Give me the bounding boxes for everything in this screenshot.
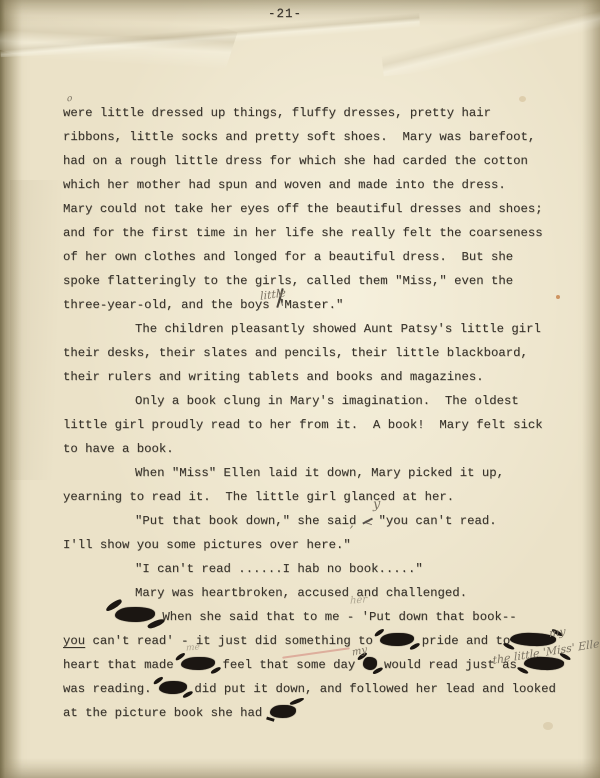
typed-line: The children pleasantly showed Aunt Pats… (63, 317, 583, 341)
typed-line: When she said that to me - 'Put down tha… (63, 605, 583, 629)
typed-text: at the picture book she had (63, 706, 270, 720)
typed-line: ribbons, little socks and pretty soft sh… (63, 125, 583, 149)
typed-line: of her own clothes and longed for a beau… (63, 245, 583, 269)
typed-line: to have a book. (63, 437, 583, 461)
typed-text: Only a book clung in Mary's imagination.… (135, 394, 519, 408)
handwritten-note: me (186, 642, 200, 653)
typed-text: ribbons, little socks and pretty soft sh… (63, 130, 535, 144)
typed-text: pride and to (414, 634, 510, 648)
typed-text: heart that made (63, 658, 181, 672)
ink-blackout (362, 657, 376, 670)
typed-line: little girl proudly read to her from it.… (63, 413, 583, 437)
typed-text: can't read' - it just did something to (85, 634, 380, 648)
typed-text: their rulers and writing tablets and boo… (63, 370, 484, 384)
typed-text: were little dressed up things, fluffy dr… (63, 106, 491, 120)
typed-line: were little dressed up things, fluffy dr… (63, 101, 583, 125)
manuscript-page: -21- were little dressed up things, fluf… (0, 0, 600, 778)
typed-line: three-year-old, and the boys "Master." (63, 293, 583, 317)
handwritten-note: o (67, 94, 73, 105)
ink-blackout (269, 704, 296, 718)
typed-text: "you can't read. (371, 514, 496, 528)
handwritten-note: my (549, 625, 566, 640)
typed-line: Only a book clung in Mary's imagination.… (63, 389, 583, 413)
typed-text: little girl proudly read to her from it.… (63, 418, 543, 432)
typed-line: Mary was heartbroken, accused and challe… (63, 581, 583, 605)
typed-line: which her mother had spun and woven and … (63, 173, 583, 197)
typed-text: did put it down, and followed her lead a… (187, 682, 556, 696)
handwritten-note: y (373, 497, 380, 513)
typed-line: you can't read' - it just did something … (63, 629, 583, 653)
typed-text: "I can't read ......I hab no book....." (135, 562, 423, 576)
typed-line: and for the first time in her life she r… (63, 221, 583, 245)
ink-blackout (380, 632, 414, 646)
typed-line: Mary could not take her eyes off the bea… (63, 197, 583, 221)
typed-line: I'll show you some pictures over here." (63, 533, 583, 557)
typed-line: their desks, their slates and pencils, t… (63, 341, 583, 365)
typed-text: Mary was heartbroken, accused and challe… (135, 586, 467, 600)
typed-text: their desks, their slates and pencils, t… (63, 346, 528, 360)
typed-text: "Put that book down," she said (135, 514, 364, 528)
typed-body: were little dressed up things, fluffy dr… (63, 101, 583, 725)
page-number: -21- (0, 7, 570, 21)
typed-text: had on a rough little dress for which sh… (63, 154, 528, 168)
typed-line: had on a rough little dress for which sh… (63, 149, 583, 173)
ink-blackout (115, 607, 155, 623)
typed-text: feel that some day (215, 658, 363, 672)
handwritten-note: her (350, 594, 367, 607)
typed-text: When she said that to me - 'Put down tha… (155, 610, 517, 624)
typed-text: three-year-old, and the boys (63, 298, 277, 312)
typed-text: was reading. (63, 682, 159, 696)
typed-line: at the picture book she had (63, 701, 583, 725)
typed-text: The children pleasantly showed Aunt Pats… (135, 322, 541, 336)
typed-line: yearning to read it. The little girl gla… (63, 485, 583, 509)
typed-line: their rulers and writing tablets and boo… (63, 365, 583, 389)
typed-text: Master." (284, 298, 343, 312)
typed-line: spoke flatteringly to the girls, called … (63, 269, 583, 293)
typed-line: "I can't read ......I hab no book....." (63, 557, 583, 581)
struck-char: - (364, 509, 371, 533)
typed-text: yearning to read it. The little girl gla… (63, 490, 454, 504)
typed-text: and for the first time in her life she r… (63, 226, 543, 240)
typed-text: I'll show you some pictures over here." (63, 538, 351, 552)
typed-text: to have a book. (63, 442, 174, 456)
typed-text: of her own clothes and longed for a beau… (63, 250, 513, 264)
typed-line: was reading. did put it down, and follow… (63, 677, 583, 701)
typed-text: Mary could not take her eyes off the bea… (63, 202, 543, 216)
typed-line: "Put that book down," she said - "you ca… (63, 509, 583, 533)
ink-blackout (181, 656, 215, 670)
typed-text: you (63, 634, 85, 648)
typed-line: When "Miss" Ellen laid it down, Mary pic… (63, 461, 583, 485)
typed-text: which her mother had spun and woven and … (63, 178, 506, 192)
typed-text: When "Miss" Ellen laid it down, Mary pic… (135, 466, 504, 480)
ink-blackout (159, 681, 187, 695)
typed-text: spoke flatteringly to the girls, called … (63, 274, 513, 288)
